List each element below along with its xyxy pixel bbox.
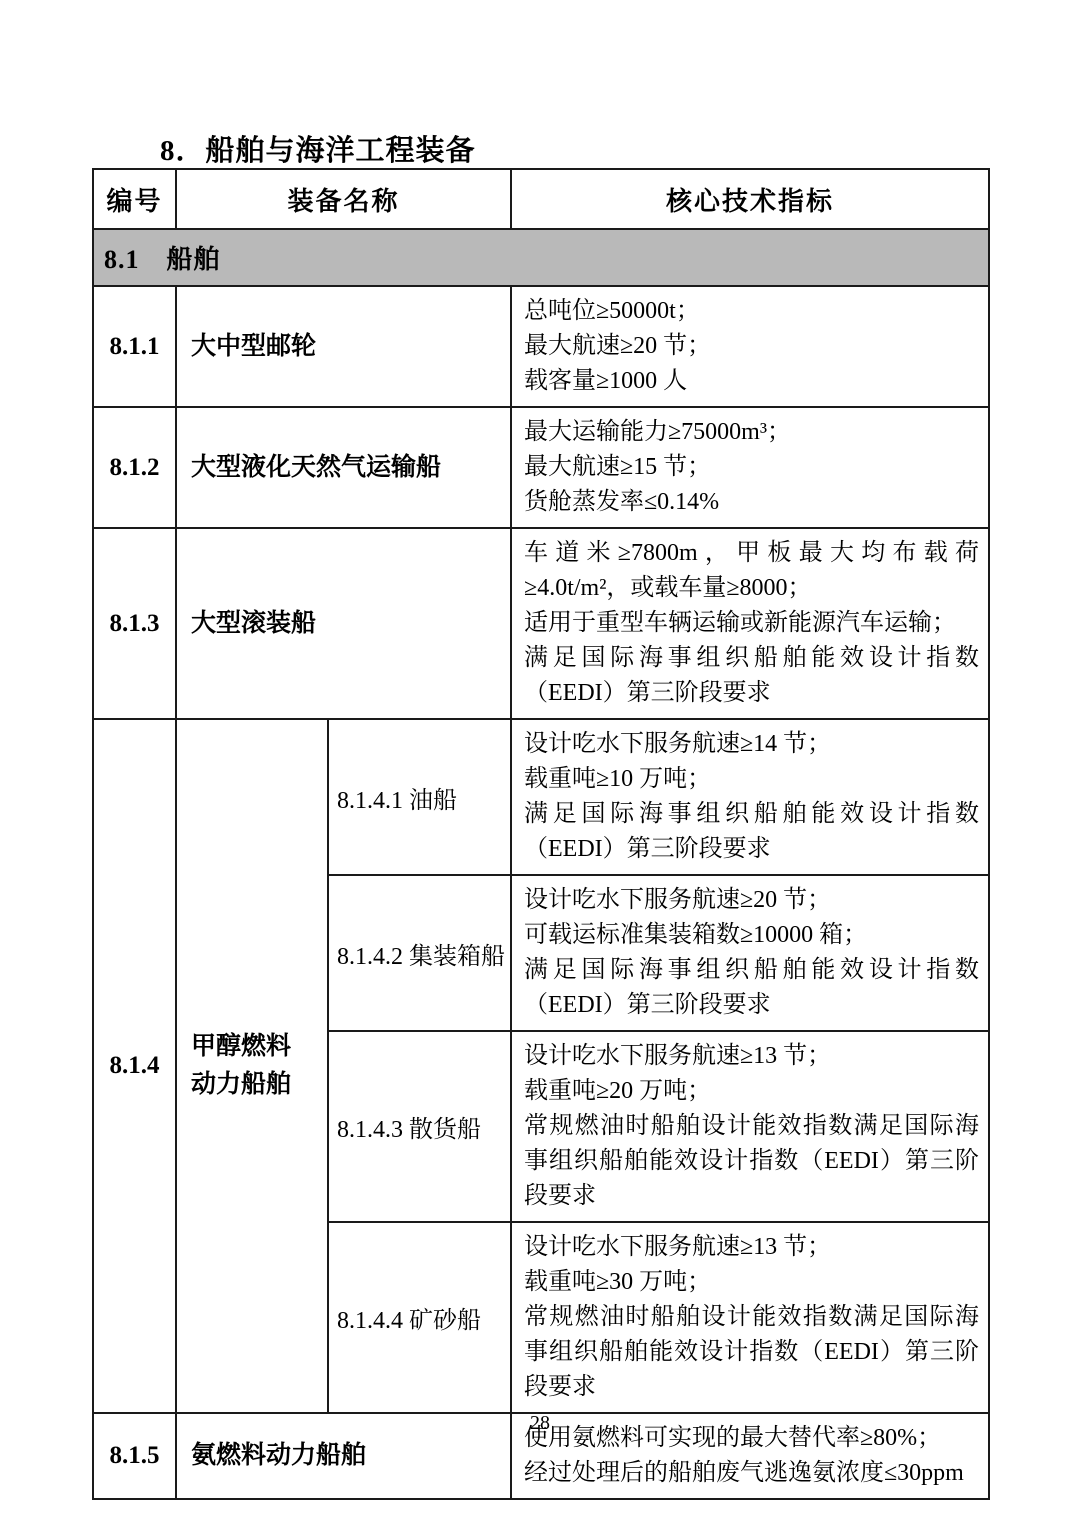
- criteria-text: 车道米≥7800m，甲板最大均布载荷≥4.0t/m²，或载车量≥8000； 适用…: [511, 528, 989, 719]
- table-row: 8.1.1 大中型邮轮 总吨位≥50000t； 最大航速≥20 节； 载客量≥1…: [93, 286, 989, 407]
- equipment-name: 大中型邮轮: [176, 286, 511, 407]
- column-header-id: 编号: [93, 169, 176, 229]
- page-number: 28: [0, 1412, 1080, 1435]
- equipment-name: 甲醇燃料 动力船舶: [176, 719, 328, 1413]
- row-id: 8.1.1: [93, 286, 176, 407]
- row-id: 8.1.4: [93, 719, 176, 1413]
- section-label: 8.1 船舶: [93, 229, 989, 286]
- section-row-ships: 8.1 船舶: [93, 229, 989, 286]
- table-row: 8.1.4 甲醇燃料 动力船舶 8.1.4.1 油船 设计吃水下服务航速≥14 …: [93, 719, 989, 875]
- table-header-row: 编号 装备名称 核心技术指标: [93, 169, 989, 229]
- equipment-name: 大型液化天然气运输船: [176, 407, 511, 528]
- table-row: 8.1.3 大型滚装船 车道米≥7800m，甲板最大均布载荷≥4.0t/m²，或…: [93, 528, 989, 719]
- criteria-text: 设计吃水下服务航速≥13 节； 载重吨≥20 万吨； 常规燃油时船舶设计能效指数…: [511, 1031, 989, 1222]
- sub-equipment-name: 8.1.4.4 矿砂船: [328, 1222, 511, 1413]
- equipment-name: 大型滚装船: [176, 528, 511, 719]
- row-id: 8.1.3: [93, 528, 176, 719]
- sub-equipment-name: 8.1.4.3 散货船: [328, 1031, 511, 1222]
- criteria-text: 设计吃水下服务航速≥20 节； 可载运标准集装箱数≥10000 箱； 满足国际海…: [511, 875, 989, 1031]
- table-row: 8.1.2 大型液化天然气运输船 最大运输能力≥75000m³； 最大航速≥15…: [93, 407, 989, 528]
- equipment-spec-table: 编号 装备名称 核心技术指标 8.1 船舶 8.1.1 大中型邮轮 总吨位≥50…: [92, 168, 990, 1500]
- column-header-criteria: 核心技术指标: [511, 169, 989, 229]
- criteria-text: 最大运输能力≥75000m³； 最大航速≥15 节； 货舱蒸发率≤0.14%: [511, 407, 989, 528]
- sub-equipment-name: 8.1.4.1 油船: [328, 719, 511, 875]
- column-header-equipment-name: 装备名称: [176, 169, 511, 229]
- criteria-text: 设计吃水下服务航速≥14 节； 载重吨≥10 万吨； 满足国际海事组织船舶能效设…: [511, 719, 989, 875]
- criteria-text: 总吨位≥50000t； 最大航速≥20 节； 载客量≥1000 人: [511, 286, 989, 407]
- row-id: 8.1.2: [93, 407, 176, 528]
- page-title: 8．船舶与海洋工程装备: [160, 128, 476, 169]
- sub-equipment-name: 8.1.4.2 集装箱船: [328, 875, 511, 1031]
- criteria-text: 设计吃水下服务航速≥13 节； 载重吨≥30 万吨； 常规燃油时船舶设计能效指数…: [511, 1222, 989, 1413]
